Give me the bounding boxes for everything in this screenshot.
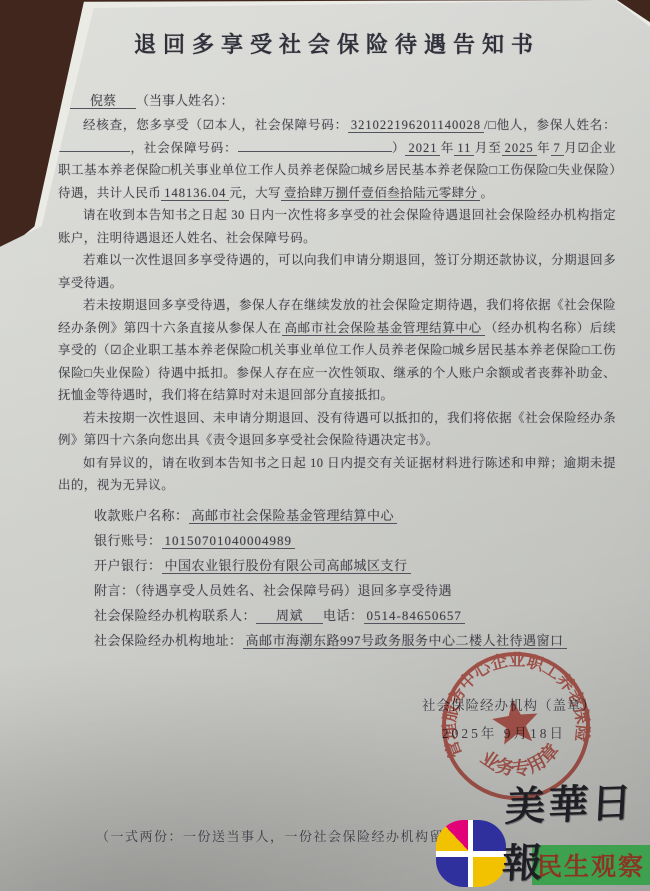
logo-cross-bar: [436, 851, 506, 857]
memo-value: （待遇享受人员姓名、社会保障号码）退回多享受待遇: [135, 583, 453, 598]
account-name-label: 收款账户名称：: [94, 508, 189, 523]
salutation-label: （当事人姓名）：: [136, 93, 234, 108]
ssn-value: 321022196201140028: [348, 118, 484, 133]
amount-capital-value: 壹拾肆万捌仟壹佰叁拾陆元零肆分: [281, 186, 481, 201]
paragraph-objection: 如有异议的，请在收到本告知书之日起 10 日内提交有关证据材料进行陈述和申辩；逾…: [58, 452, 616, 497]
document-sheet: 退回多享受社会保险待遇告知书 倪蔡（当事人姓名）： 经核查，您多享受（☑本人，社…: [0, 0, 650, 891]
end-year-value: 2025: [502, 141, 537, 156]
amount-value: 148136.04: [161, 186, 229, 201]
paragraph-decision-letter: 若未按期一次性退回、未申请分期退回、没有待遇可以抵扣的，我们将依据《社会保险经办…: [58, 407, 616, 452]
text-run: 经核查，您多享受（☑本人，社会保障号码：: [83, 118, 348, 132]
bank-account-value: 10150701040004989: [162, 533, 296, 549]
text-run: /□他人，参保人姓名：: [484, 118, 616, 132]
other-ssn-blank: [238, 138, 392, 152]
bank-value: 中国农业银行股份有限公司高邮城区支行: [162, 558, 411, 574]
bank-label: 开户银行：: [94, 558, 162, 573]
photo-background: 退回多享受社会保险待遇告知书 倪蔡（当事人姓名）： 经核查，您多享受（☑本人，社…: [0, 0, 650, 891]
payment-details: 收款账户名称：高邮市社会保险基金管理结算中心 银行账号：101507010400…: [94, 503, 616, 653]
paragraph-deduction: 若未按期退回多享受待遇，参保人存在继续发放的社会保险定期待遇，我们将依据《社会保…: [58, 294, 616, 407]
bank-account-label: 银行账号：: [94, 533, 162, 548]
phone-value: 0514-84650657: [364, 608, 465, 624]
contact-line: 社会保险经办机构联系人：周斌电话：0514-84650657: [94, 603, 616, 628]
memo-label: 附言：: [94, 583, 135, 598]
end-month-value: 7: [551, 141, 564, 156]
contact-label: 社会保险经办机构联系人：: [94, 608, 256, 623]
other-name-blank: [58, 138, 130, 152]
text-run: 年: [537, 141, 551, 155]
bank-line: 开户银行：中国农业银行股份有限公司高邮城区支行: [94, 553, 616, 578]
memo-line: 附言：（待遇享受人员姓名、社会保障号码）退回多享受待遇: [94, 578, 616, 603]
document-content: 退回多享受社会保险待遇告知书 倪蔡（当事人姓名）： 经核查，您多享受（☑本人，社…: [0, 0, 650, 653]
account-name-line: 收款账户名称：高邮市社会保险基金管理结算中心: [94, 503, 616, 528]
text-run: 年: [440, 141, 454, 155]
meihua-daily-logo-icon: [436, 820, 506, 887]
paragraph-benefit-detail: 经核查，您多享受（☑本人，社会保障号码：321022196201140028/□…: [58, 114, 616, 204]
paragraph-return-deadline: 请在收到本告知书之日起 30 日内一次性将多享受的社会保险待遇退回社会保险经办机…: [58, 204, 616, 249]
start-year-value: 2021: [405, 141, 440, 156]
start-month-value: 11: [454, 141, 474, 156]
text-run: 月至: [474, 141, 501, 155]
address-label: 社会保险经办机构地址：: [94, 633, 243, 648]
account-name-value: 高邮市社会保险基金管理结算中心: [189, 508, 398, 524]
text-run: ，社会保障号码：: [130, 141, 238, 155]
agency-name-value: 高邮市社会保险基金管理结算中心: [282, 321, 485, 336]
party-name: 倪蔡: [70, 93, 136, 109]
salutation-line: 倪蔡（当事人姓名）：: [70, 89, 616, 112]
paragraph-installment: 若难以一次性退回多享受待遇的，可以向我们申请分期退回，签订分期还款协议，分期退回…: [58, 249, 616, 294]
text-run: 。: [480, 186, 493, 200]
footer-copies-note: （一式两份：一份送当事人，一份社会保险经办机构留存）: [96, 826, 473, 845]
meihua-daily-logo-text: 美華日報: [501, 770, 650, 889]
stamp-star-icon: [490, 697, 541, 746]
meihua-daily-watermark: 民生观察 美華日報: [432, 815, 650, 891]
text-run: ）: [392, 141, 406, 155]
bank-account-line: 银行账号：10150701040004989: [94, 528, 616, 553]
document-title: 退回多享受社会保险待遇告知书: [58, 28, 616, 59]
text-run: 元，大写: [229, 186, 281, 200]
phone-label: 电话：: [323, 608, 364, 623]
contact-value: 周斌: [256, 608, 323, 624]
